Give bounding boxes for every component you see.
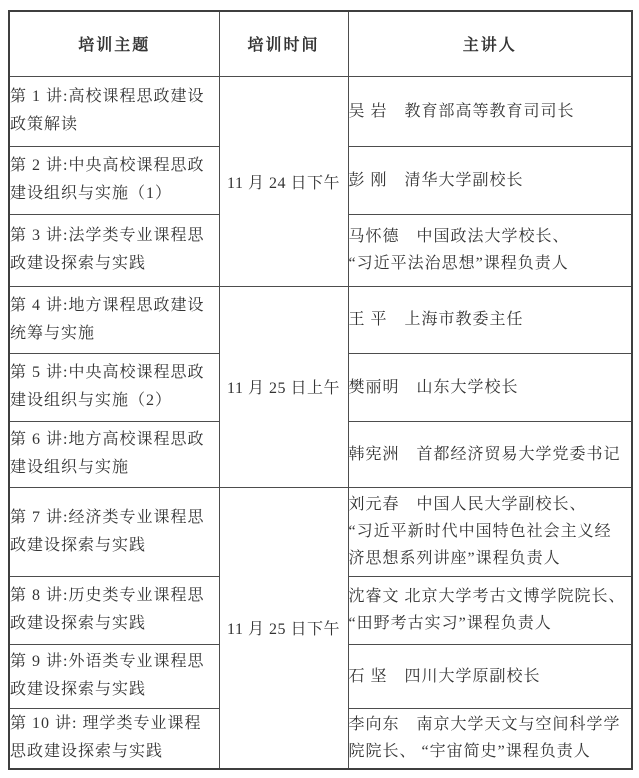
topic-cell: 第 2 讲:中央高校课程思政 建设组织与实施（1） (9, 146, 219, 214)
topic-cell: 第 4 讲:地方课程思政建设 统筹与实施 (9, 286, 219, 353)
time-cell: 11 月 24 日下午 (219, 76, 348, 286)
speaker-cell: 韩宪洲 首都经济贸易大学党委书记 (348, 421, 632, 487)
topic-cell: 第 5 讲:中央高校课程思政 建设组织与实施（2） (9, 353, 219, 421)
speaker-cell: 石 坚 四川大学原副校长 (348, 644, 632, 708)
speaker-cell: 樊丽明 山东大学校长 (348, 353, 632, 421)
time-cell: 11 月 25 日下午 (219, 487, 348, 769)
header-topic: 培训主题 (9, 11, 219, 76)
time-cell: 11 月 25 日上午 (219, 286, 348, 487)
speaker-cell: 李向东 南京大学天文与空间科学学 院院长、 “宇宙简史”课程负责人 (348, 708, 632, 769)
header-row: 培训主题 培训时间 主讲人 (9, 11, 632, 76)
topic-cell: 第 3 讲:法学类专业课程思 政建设探索与实践 (9, 214, 219, 286)
topic-cell: 第 1 讲:高校课程思政建设 政策解读 (9, 76, 219, 146)
topic-cell: 第 6 讲:地方高校课程思政 建设组织与实施 (9, 421, 219, 487)
schedule-page: 培训主题 培训时间 主讲人 第 1 讲:高校课程思政建设 政策解读11 月 24… (0, 0, 639, 778)
header-time: 培训时间 (219, 11, 348, 76)
header-speaker: 主讲人 (348, 11, 632, 76)
topic-cell: 第 7 讲:经济类专业课程思 政建设探索与实践 (9, 487, 219, 576)
table-row: 第 1 讲:高校课程思政建设 政策解读11 月 24 日下午吴 岩 教育部高等教… (9, 76, 632, 146)
table-row: 第 4 讲:地方课程思政建设 统筹与实施11 月 25 日上午王 平 上海市教委… (9, 286, 632, 353)
speaker-cell: 马怀德 中国政法大学校长、 “习近平法治思想”课程负责人 (348, 214, 632, 286)
table-row: 第 7 讲:经济类专业课程思 政建设探索与实践11 月 25 日下午刘元春 中国… (9, 487, 632, 576)
speaker-cell: 彭 刚 清华大学副校长 (348, 146, 632, 214)
speaker-cell: 吴 岩 教育部高等教育司司长 (348, 76, 632, 146)
topic-cell: 第 9 讲:外语类专业课程思 政建设探索与实践 (9, 644, 219, 708)
training-schedule-table: 培训主题 培训时间 主讲人 第 1 讲:高校课程思政建设 政策解读11 月 24… (8, 10, 633, 770)
speaker-cell: 沈睿文 北京大学考古文博学院院长、 “田野考古实习”课程负责人 (348, 576, 632, 644)
speaker-cell: 刘元春 中国人民大学副校长、 “习近平新时代中国特色社会主义经 济思想系列讲座”… (348, 487, 632, 576)
table-body: 第 1 讲:高校课程思政建设 政策解读11 月 24 日下午吴 岩 教育部高等教… (9, 76, 632, 769)
topic-cell: 第 8 讲:历史类专业课程思 政建设探索与实践 (9, 576, 219, 644)
topic-cell: 第 10 讲: 理学类专业课程 思政建设探索与实践 (9, 708, 219, 769)
speaker-cell: 王 平 上海市教委主任 (348, 286, 632, 353)
